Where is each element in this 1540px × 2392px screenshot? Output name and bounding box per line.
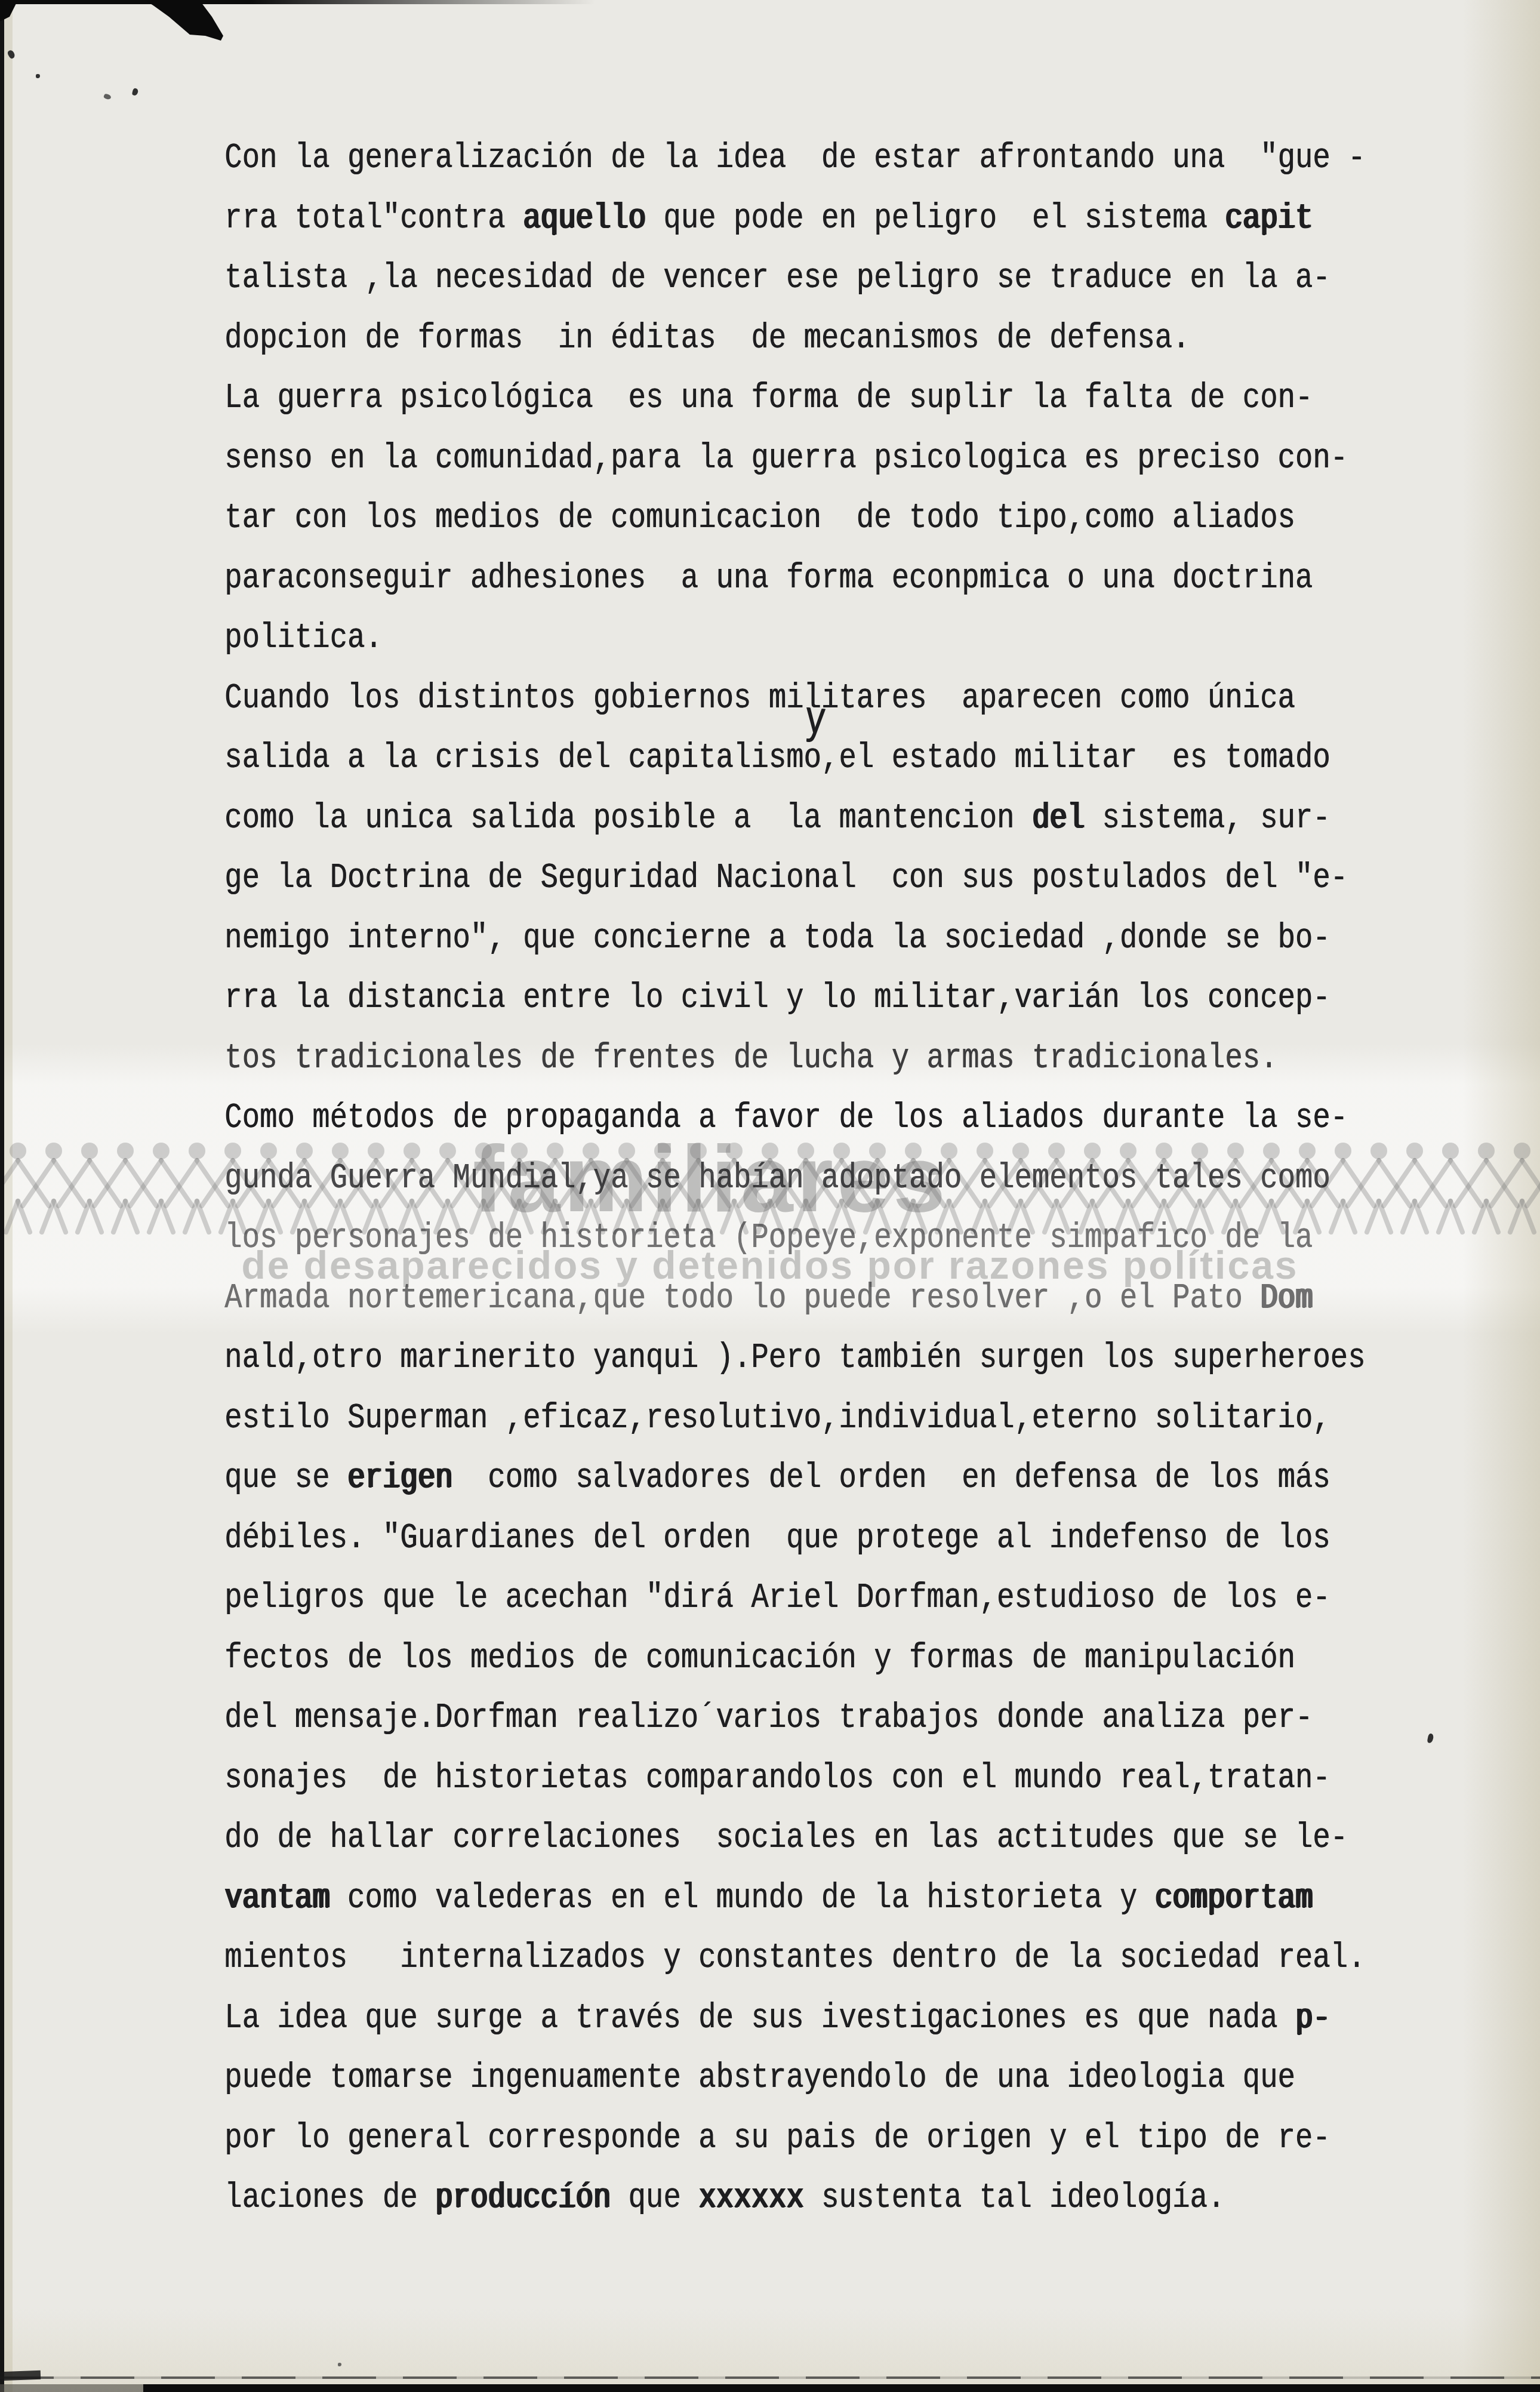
typed-line: puede tomarse ingenuamente abstrayendolo…: [224, 2060, 1295, 2096]
typed-line: rra total"contra aquello que pode en pel…: [224, 201, 1313, 236]
typed-line: estilo Superman ,eficaz,resolutivo,indiv…: [224, 1400, 1330, 1436]
typed-line: los personajes de historieta (Popeye,exp…: [224, 1220, 1313, 1256]
typed-line: La guerra psicológica es una forma de su…: [224, 380, 1313, 416]
typed-line: Cuando los distintos gobiernos militares…: [224, 681, 1295, 716]
typed-line: nald,otro marinerito yanqui ).Pero tambi…: [224, 1340, 1365, 1376]
typed-line: por lo general corresponde a su pais de …: [224, 2120, 1330, 2156]
bottom-scan-strip: [143, 2384, 1540, 2392]
typed-line: sonajes de historietas comparandolos con…: [224, 1760, 1330, 1796]
typed-line: débiles. "Guardianes del orden que prote…: [224, 1520, 1330, 1556]
typed-line: do de hallar correlaciones sociales en l…: [224, 1820, 1348, 1856]
typed-line: que se erigen como salvadores del orden …: [224, 1460, 1330, 1496]
typed-text: Con la generalización de la idea de esta…: [0, 0, 1540, 2392]
typed-line: dopcion de formas in éditas de mecanismo…: [224, 321, 1190, 356]
typed-line: La idea que surge a través de sus ivesti…: [224, 2000, 1330, 2036]
typed-line: rra la distancia entre lo civil y lo mil…: [224, 980, 1330, 1016]
typed-line: nemigo interno", que concierne a toda la…: [224, 921, 1330, 956]
bottom-left-ink-blot: [0, 2371, 41, 2381]
typed-line: vantam como valederas en el mundo de la …: [224, 1880, 1313, 1916]
typed-line: tar con los medios de comunicacion de to…: [224, 500, 1295, 536]
document-page: familiares de desaparecidos y detenidos …: [0, 0, 1540, 2392]
typed-line: senso en la comunidad,para la guerra psi…: [224, 441, 1348, 476]
typed-line: politica.: [224, 620, 383, 656]
bottom-scan-strip-left: [0, 2384, 143, 2392]
typed-line: salida a la crisis del capitalismo,el es…: [224, 740, 1330, 776]
typed-line: del mensaje.Dorfman realizo´varios traba…: [224, 1700, 1313, 1736]
torn-corner-ink-mark: [0, 0, 257, 66]
left-scan-edge: [0, 0, 4, 2392]
inserted-word-y: y: [803, 697, 827, 746]
bottom-scan-line: [0, 2376, 1540, 2379]
typed-line: tos tradicionales de frentes de lucha y …: [224, 1040, 1277, 1076]
typed-line: fectos de los medios de comunicación y f…: [224, 1640, 1295, 1676]
typed-line: paraconseguir adhesiones a una forma eco…: [224, 561, 1313, 596]
typed-line: Armada nortemericana,que todo lo puede r…: [224, 1280, 1313, 1316]
typed-line: Como métodos de propaganda a favor de lo…: [224, 1100, 1348, 1136]
typed-line: mientos internalizados y constantes dent…: [224, 1940, 1365, 1976]
typed-line: peligros que le acechan "dirá Ariel Dorf…: [224, 1580, 1330, 1616]
typed-line: Con la generalización de la idea de esta…: [224, 140, 1365, 176]
typed-line: laciones de produccíón que xxxxxx susten…: [224, 2180, 1225, 2216]
typed-line: talista ,la necesidad de vencer ese peli…: [224, 260, 1330, 296]
typed-line: gunda Guerra Mundial,ya se habían adopta…: [224, 1160, 1330, 1196]
typed-line: ge la Doctrina de Seguridad Nacional con…: [224, 860, 1348, 896]
typed-line: como la unica salida posible a la manten…: [224, 801, 1330, 836]
